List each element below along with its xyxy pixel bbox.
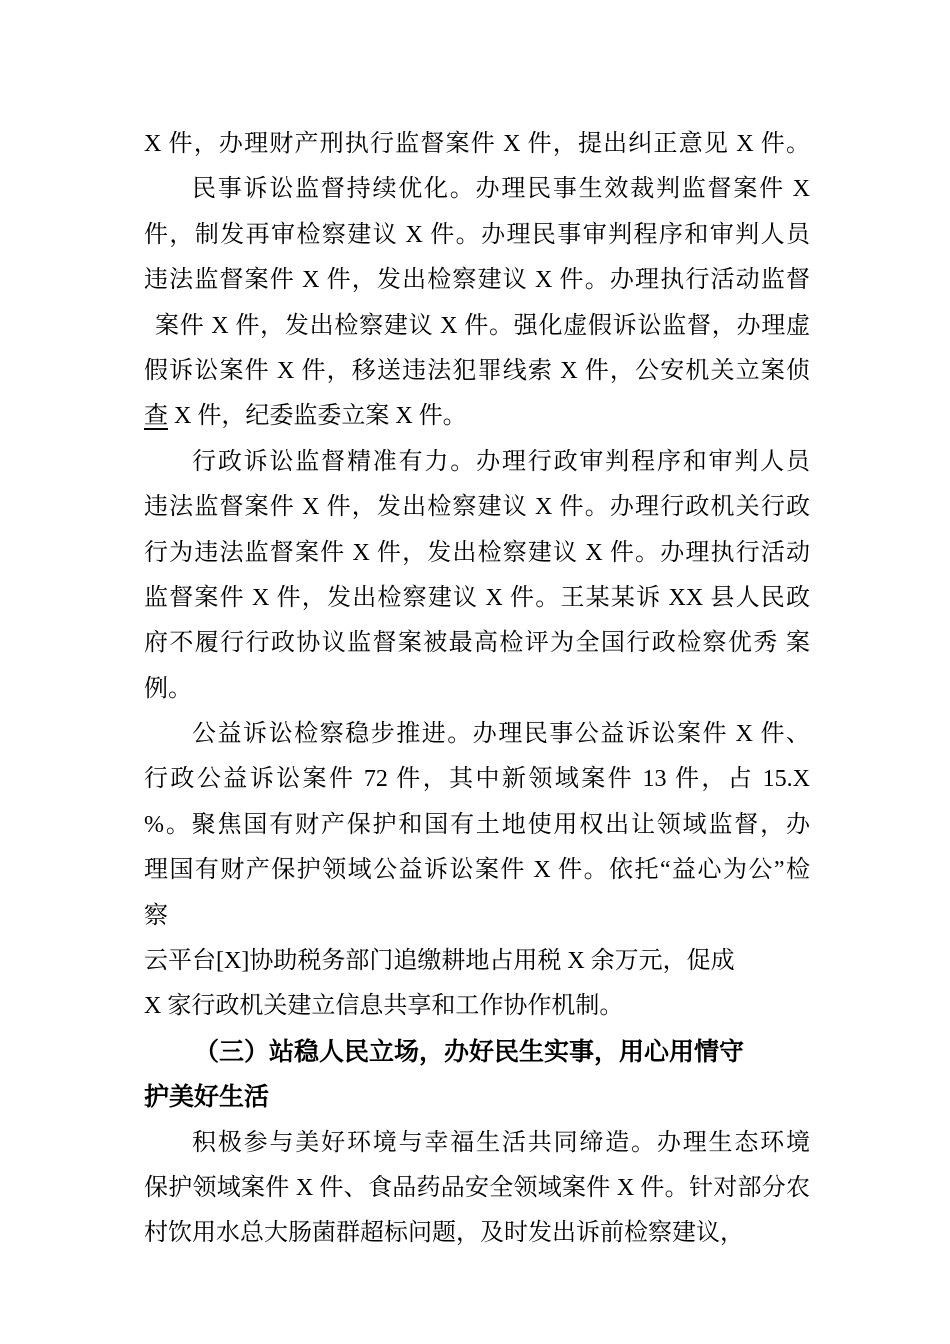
text-line: 例。 — [144, 667, 810, 712]
text-line: 行政公益诉讼案件 72 件，其中新领域案件 13 件，占 15.X — [144, 757, 810, 802]
text-line: 假诉讼案件 X 件，移送违法犯罪线索 X 件，公安机关立案侦 — [144, 349, 810, 394]
text-line: %。聚焦国有财产保护和国有土地使用权出让领域监督，办 — [144, 803, 810, 848]
section-heading-line: （三）站稳人民立场，办好民生实事，用心用情守 — [144, 1030, 810, 1075]
text-line: 监督案件 X 件，发出检察建议 X 件。王某某诉 XX 县人民政 — [144, 576, 810, 621]
text-line: 件，制发再审检察建议 X 件。办理民事审判程序和审判人员 — [144, 213, 810, 258]
document-text: X 件，办理财产刑执行监督案件 X 件，提出纠正意见 X 件。民事诉讼监督持续优… — [144, 122, 810, 1257]
text-line: X 家行政机关建立信息共享和工作协作机制。 — [144, 984, 810, 1029]
section-heading-line: 护美好生活 — [144, 1075, 810, 1120]
document-page: X 件，办理财产刑执行监督案件 X 件，提出纠正意见 X 件。民事诉讼监督持续优… — [0, 0, 950, 1344]
text-line: 查 X 件，纪委监委立案 X 件。 — [144, 394, 810, 439]
text-line: 违法监督案件 X 件，发出检察建议 X 件。办理执行活动监督 — [144, 258, 810, 303]
text-line: 积极参与美好环境与幸福生活共同缔造。办理生态环境 — [144, 1121, 810, 1166]
text-line: X 件，办理财产刑执行监督案件 X 件，提出纠正意见 X 件。 — [144, 122, 810, 167]
text-line: 行政诉讼监督精准有力。办理行政审判程序和审判人员 — [144, 440, 810, 485]
text-line: 公益诉讼检察稳步推进。办理民事公益诉讼案件 X 件、 — [144, 712, 810, 757]
underlined-text: 查 — [144, 403, 168, 429]
document-body: { "page": { "background_color": "#ffffff… — [0, 0, 950, 1344]
text-line: 保护领域案件 X 件、食品药品安全领域案件 X 件。针对部分农 — [144, 1166, 810, 1211]
text-line: 案件 X 件，发出检察建议 X 件。强化虚假诉讼监督，办理虚 — [144, 304, 810, 349]
text-line: 云平台[X]协助税务部门追缴耕地占用税 X 余万元，促成 — [144, 939, 810, 984]
text-segment: X 件，纪委监委立案 X 件。 — [168, 403, 467, 429]
text-line: 村饮用水总大肠菌群超标问题，及时发出诉前检察建议， — [144, 1211, 810, 1256]
text-line: 府不履行行政协议监督案被最高检评为全国行政检察优秀 案 — [144, 621, 810, 666]
text-line: 行为违法监督案件 X 件，发出检察建议 X 件。办理执行活动 — [144, 531, 810, 576]
text-line: 民事诉讼监督持续优化。办理民事生效裁判监督案件 X — [144, 167, 810, 212]
text-line: 违法监督案件 X 件，发出检察建议 X 件。办理行政机关行政 — [144, 485, 810, 530]
text-line: 理国有财产保护领域公益诉讼案件 X 件。依托“益心为公”检 — [144, 848, 810, 893]
text-line: 察 — [144, 894, 810, 939]
